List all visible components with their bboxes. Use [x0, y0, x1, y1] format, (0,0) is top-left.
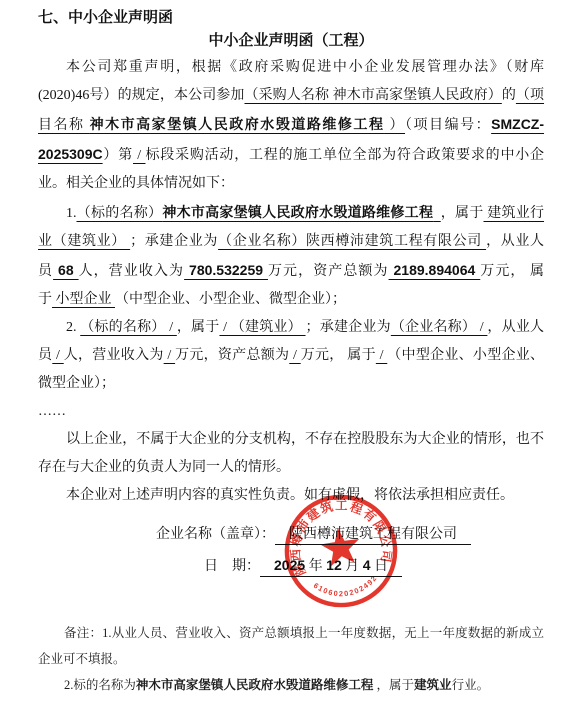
item1-number: 1. [66, 206, 77, 221]
item2-revenue-field: / [164, 348, 175, 363]
item2-industry-field: / （建筑业） [219, 320, 305, 335]
item1-contractor-field: （企业名称）陕西樽沛建筑工程有限公司 [218, 234, 486, 249]
item1-subject-label: （标的名称） [77, 206, 163, 221]
intro-text-4: ）第 [103, 148, 133, 163]
item2-text-4: 人，营业收入为 [64, 348, 164, 363]
document-title: 中小企业声明函（工程） [38, 30, 544, 52]
note-2: 2.标的名称为神木市高家堡镇人民政府水毁道路维修工程 ，属于建筑业行业。 [38, 672, 544, 698]
date-row: 日 期：2025 年 12 月 4 日 [38, 550, 544, 582]
item1-size-field: 小型企业 [52, 292, 115, 307]
item1-subject-gap [433, 206, 441, 221]
section-number-field: / [133, 148, 145, 163]
date-day-unit: 日 [371, 559, 389, 574]
project-name-close: ） [384, 118, 405, 133]
item2-subject-field: （标的名称） / [80, 320, 177, 335]
intro-text-3: （项目编号： [405, 118, 491, 133]
declaration-document: 七、中小企业声明函 中小企业声明函（工程） 本公司郑重声明，根据《政府采购促进中… [0, 0, 582, 719]
note2-text-1: 2.标的名称为 [64, 678, 136, 692]
signature-block: 企业名称（盖章）：陕西樽沛建筑工程有限公司 日 期：2025 年 12 月 4 … [38, 520, 544, 582]
item2-text-6: 万元， 属于 [301, 348, 376, 363]
item1-paragraph: 1.（标的名称）神木市高家堡镇人民政府水毁道路维修工程 ，属于 建筑业行业（建筑… [38, 198, 544, 314]
item2-text-2: ；承建企业为 [306, 320, 391, 335]
section-heading: 七、中小企业声明函 [38, 8, 544, 28]
project-name-field: 神木市高家堡镇人民政府水毁道路维修工程 [90, 116, 385, 132]
purchaser-name-field: （采购人名称 神木市高家堡镇人民政府） [244, 88, 501, 103]
item1-text-7: （中型企业、小型企业、微型企业）； [115, 292, 346, 307]
date-year: 2025 [274, 557, 305, 573]
item2-text-5: 万元，资产总额为 [175, 348, 289, 363]
item1-revenue-field: 780.532259 [184, 262, 268, 278]
item2-size-field: / [376, 348, 387, 363]
note2-project-name: 神木市高家堡镇人民政府水毁道路维修工程 [136, 678, 374, 692]
ellipsis-line: …… [38, 398, 544, 426]
date-value: 2025 年 12 月 4 日 [260, 559, 402, 577]
item1-subject-name-field: 神木市高家堡镇人民政府水毁道路维修工程 [162, 204, 433, 220]
intro-text-2: 的 [502, 88, 516, 103]
notes-section: 备注：1.从业人员、营业收入、资产总额填报上一年度数据，无上一年度数据的新成立企… [38, 620, 544, 698]
company-signature-row: 企业名称（盖章）：陕西樽沛建筑工程有限公司 [38, 520, 544, 550]
item1-employees-field: 68 [53, 262, 79, 278]
item2-assets-field: / [289, 348, 300, 363]
note-1: 备注：1.从业人员、营业收入、资产总额填报上一年度数据，无上一年度数据的新成立企… [38, 620, 544, 672]
date-month: 12 [326, 557, 342, 573]
note2-industry: 建筑业 [414, 678, 452, 692]
item2-contractor-field: （企业名称） / [391, 320, 488, 335]
date-year-unit: 年 [305, 559, 326, 574]
date-month-unit: 月 [342, 559, 363, 574]
truthfulness-paragraph: 本企业对上述声明内容的真实性负责。如有虚假，将依法承担相应责任。 [38, 482, 544, 510]
item2-employees-field: / [52, 348, 63, 363]
item2-number: 2. [66, 320, 80, 335]
item1-text-4: 人，营业收入为 [79, 264, 185, 279]
item1-text-5: 万元，资产总额为 [268, 264, 389, 279]
date-day: 4 [363, 557, 371, 573]
company-seal-label: 企业名称（盖章）： [156, 527, 275, 542]
note2-text-2: ，属于 [373, 678, 414, 692]
item2-paragraph: 2. （标的名称） / ，属于 / （建筑业） ；承建企业为（企业名称） / ，… [38, 314, 544, 398]
item1-assets-field: 2189.894064 [389, 262, 481, 278]
note2-text-3: 行业。 [452, 678, 490, 692]
item1-text-1: ，属于 [441, 206, 484, 221]
branch-statement-paragraph: 以上企业，不属于大企业的分支机构，不存在控股股东为大企业的情形，也不存在与大企业… [38, 426, 544, 482]
date-label: 日 期： [204, 559, 260, 574]
intro-paragraph: 本公司郑重声明，根据《政府采购促进中小企业发展管理办法》（财库(2020)46号… [38, 54, 544, 198]
item2-text-1: ，属于 [177, 320, 220, 335]
item1-text-2: ；承建企业为 [130, 234, 218, 249]
company-name-value: 陕西樽沛建筑工程有限公司 [275, 527, 471, 545]
